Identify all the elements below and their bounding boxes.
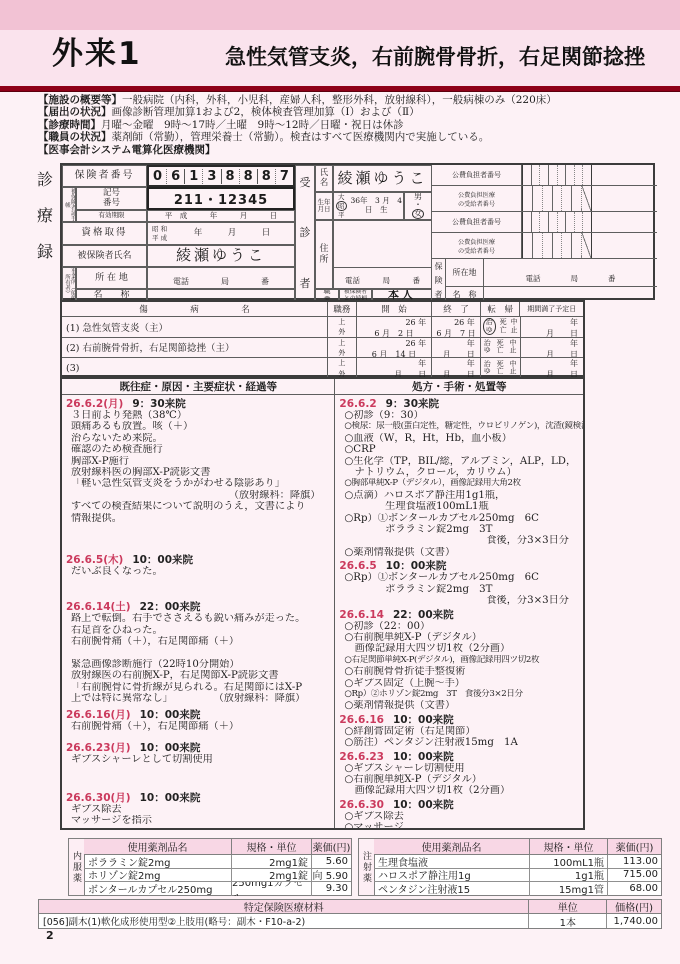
kohi-cell xyxy=(571,233,581,258)
kohi-payer-row-2: 公費負担者番号 xyxy=(432,212,657,233)
note-label: 【届出の状況】 xyxy=(38,106,112,118)
digit: 6 xyxy=(166,169,184,184)
material-title: 特定保険医療材料 xyxy=(39,900,529,913)
kohi-slash-cell xyxy=(581,233,591,258)
duty-outer: 外 xyxy=(338,327,345,337)
kohi-cell xyxy=(548,165,557,185)
patient-name-label: 氏 名 xyxy=(315,165,333,192)
record-line: 放射線科医の胸部X-P読影文書 xyxy=(62,467,334,478)
workplace-address-label: 所 在 地 xyxy=(76,267,147,289)
facility-notes: 【施設の概要等】一般病院（内科，外科，小児科，産婦人科，整形外科，放射線科），一… xyxy=(38,94,663,156)
insurer-side-char: 保 xyxy=(435,261,443,272)
drug-row: ホリゾン錠2mg 2mg1錠 向 5.90 xyxy=(84,869,351,883)
record-line: ○ギプスシャーレ切割使用 xyxy=(335,763,583,774)
kohi-cell xyxy=(565,165,574,185)
record-time: 10：00来院 xyxy=(132,554,193,566)
banner-top-strip xyxy=(0,0,680,30)
validity-value: 平 成 年 月 日 xyxy=(147,210,295,222)
record-date: 26.6.5(木) xyxy=(66,554,123,566)
record-line: 画像記録用大四ツ切1枚（2分画） xyxy=(335,643,583,654)
outcome-cure: 治ゆ xyxy=(484,340,491,355)
drug-price: 715.00 xyxy=(608,869,661,882)
record-time: 10：00来院 xyxy=(140,709,201,721)
karte-side-char: 録 xyxy=(36,239,54,262)
record-line: ○CRP xyxy=(335,444,583,455)
kohi-payer-label: 公費負担者番号 xyxy=(432,212,522,232)
drug-price: 5.60 xyxy=(312,855,351,868)
disease-outcome: 治ゆ 死亡 中止 xyxy=(481,317,521,337)
expiry-year: 年 xyxy=(521,338,584,349)
digit: 7 xyxy=(275,169,293,184)
injection-rows: 生理食塩液 100mL1瓶 113.00 ハロスポア静注用1g 1g1瓶 715… xyxy=(374,855,661,896)
disease-duty: 上外 xyxy=(328,317,357,337)
facility-note-line: 【医事会計システム電算化医療機関】 xyxy=(38,144,663,156)
outcome-death: 死亡 xyxy=(497,340,504,355)
record-date: 26.6.2(月) xyxy=(66,398,123,410)
outcome-char: ゆ xyxy=(484,347,491,354)
note-text: 月曜～金曜 9時～17時／土曜 9時～12時／日曜・祝日は休診 xyxy=(101,119,404,131)
kohi-filler xyxy=(592,212,657,232)
record-entry-lines: ギプス除去マッサージを指示 xyxy=(62,804,334,827)
record-line: ○生化学（TP，BIL/総，アルブミン，ALP，LD， xyxy=(335,456,583,467)
record-entry-date-line: 26.6.14(土)22：00来院 xyxy=(62,601,334,613)
kohi-cell xyxy=(582,165,591,185)
karte-document-page: 外来1 急性気管支炎，右前腕骨骨折，右足関節捻挫 【施設の概要等】一般病院（内科… xyxy=(0,0,680,964)
digit: 8 xyxy=(257,169,275,184)
disease-expiry: 年月 日 xyxy=(521,338,584,358)
insurance-form: 保険者番号 0 6 1 3 8 8 8 7 被保険者証手帳 記号 番号 211・… xyxy=(60,163,655,300)
kohi-payer-cells xyxy=(522,165,592,185)
drug-name: ホリゾン錠2mg xyxy=(84,869,232,882)
start-month-day: 6 月 2 日 xyxy=(357,328,431,337)
digit: 8 xyxy=(239,169,257,184)
kohi-cell xyxy=(523,165,531,185)
page-number: 2 xyxy=(46,929,54,942)
era-heisei: 平 成 xyxy=(152,234,167,242)
oral-table-body: 使用薬剤品名 規格・単位 薬価(円) ポララミン錠2mg 2mg1錠 5.60 … xyxy=(84,839,351,895)
end-year: 年 xyxy=(432,358,480,369)
outcome-cure: 治ゆ xyxy=(484,361,491,376)
validity-label: 有効期限 xyxy=(76,210,147,222)
record-line: 緊急画像診断施行（22時10分開始） xyxy=(62,659,334,670)
birthdate-label: 生年 月日 xyxy=(315,192,333,220)
expiry-month-day: 月 日 xyxy=(521,328,584,337)
disease-start: 26 年6 月 14 日 xyxy=(357,338,432,358)
column-header-name: 使用薬剤品名 xyxy=(374,839,530,854)
end-month-day: 6 月 7 日 xyxy=(432,328,480,337)
kohi-cell xyxy=(552,233,562,258)
injection-side-label: 注射薬 xyxy=(359,839,375,895)
record-body: 26.6.2(月)9：30来院 ３日前より発熱（38℃）頭痛あるも放置。咳（＋）… xyxy=(62,395,583,828)
record-line: ３日前より発熱（38℃） xyxy=(62,410,334,421)
drug-name: ハロスポア静注用1g xyxy=(374,869,530,882)
kohi-cell xyxy=(565,212,574,232)
disease-header-outcome: 転 帰 xyxy=(481,302,521,316)
workplace-address-value: 電話 局 番 xyxy=(147,267,295,289)
expiry-year: 年 xyxy=(521,317,584,328)
record-line: すべての検査結果について説明のうえ，文書により xyxy=(62,501,334,512)
record-time: 10：00来院 xyxy=(393,714,454,726)
kohi-cell xyxy=(523,186,532,211)
record-time: 10：00来院 xyxy=(393,799,454,811)
disease-name: (1) 急性気管支炎（主） xyxy=(62,317,328,337)
insured-name-label: 被保険者氏名 xyxy=(62,245,147,267)
end-month-day: 月 日 xyxy=(432,349,480,358)
kohi-recipient-cells xyxy=(522,233,592,258)
patient-name-value: 綾瀬ゆうこ xyxy=(333,165,432,192)
disease-header-expiry: 期間満了予定日 xyxy=(520,302,583,316)
facility-note-line: 【施設の概要等】一般病院（内科，外科，小児科，産婦人科，整形外科，放射線科），一… xyxy=(38,94,663,106)
outcome-char: 亡 xyxy=(497,368,504,375)
record-time: 22：00来院 xyxy=(140,601,201,613)
record-line: だいぶ良くなった。 xyxy=(62,566,334,577)
digit: 0 xyxy=(149,169,166,184)
disease-header-end: 終 了 xyxy=(432,302,481,316)
record-entry-date-line: 26.6.2(月)9：30来院 xyxy=(62,398,334,410)
record-line: ○マッサージ xyxy=(335,822,583,828)
disease-table-header: 傷 病 名 職務 開 始 終 了 転 帰 期間満了予定日 xyxy=(62,302,583,317)
kohi-cell xyxy=(582,212,591,232)
record-time: 9：30来院 xyxy=(386,398,439,410)
insurer-address-row: 所在地 電話 局 番 xyxy=(446,259,657,287)
era-heisei: 平 xyxy=(336,211,347,219)
record-entry: 26.6.1422：00来院 ○初診（22：00）○右前腕単純X-P（デジタル）… xyxy=(335,609,583,712)
record-right-header: 処方・手術・処置等 xyxy=(335,379,583,394)
disease-name: (2) 右前腕骨骨折，右足関節捻挫（主） xyxy=(62,338,328,358)
kohi-filler xyxy=(592,233,657,258)
record-time: 10：00来院 xyxy=(386,560,447,572)
kohi-recipient-row-2: 公費負担医療 の受給者番号 xyxy=(432,233,657,259)
column-header-price: 薬価(円) xyxy=(312,839,351,854)
duty-upper: 上 xyxy=(338,338,345,348)
insurer-address-value: 電話 局 番 xyxy=(484,259,657,286)
era-taisho: 大 xyxy=(336,193,347,201)
record-line: 頭痛あるも放置。咳（＋） xyxy=(62,421,334,432)
material-row: [056]副木(1)軟化成形使用型②上肢用(略号：副木・F10-a-2) 1本 … xyxy=(39,914,661,928)
record-entry: 26.6.2310：00来院 ○ギプスシャーレ切割使用○右前腕単純X-P（デジタ… xyxy=(335,751,583,797)
case-title: 急性気管支炎，右前腕骨骨折，右足関節捻挫 xyxy=(205,41,665,71)
outcome-stop: 中止 xyxy=(510,340,517,355)
disease-outcome: 治ゆ 死亡 中止 xyxy=(481,338,521,358)
column-header-price: 薬価(円) xyxy=(608,839,661,854)
insurer-rows: 所在地 電話 局 番 名 称 xyxy=(446,259,657,302)
record-line xyxy=(62,648,334,659)
record-line: 画像記録用大四ツ切1枚（2分画） xyxy=(335,785,583,796)
kohi-insurer-block: 公費負担者番号 公費負担医療 の受給者番号 公費負担者番号 公費負担医療 の受給… xyxy=(432,165,657,302)
kohi-recipient-row-1: 公費負担医療 の受給者番号 xyxy=(432,186,657,212)
symbol-number-value: 211・12345 xyxy=(147,187,295,210)
kohi-filler xyxy=(592,186,657,211)
outcome-char: 亡 xyxy=(500,327,507,334)
qualification-label: 資格取得 xyxy=(62,222,147,245)
record-date: 26.6.16 xyxy=(339,714,384,726)
oral-side-label: 内服薬 xyxy=(69,839,85,895)
record-entry-lines: 路上で転倒。右手でささえるも鋭い痛みが走った。右足首をひねった。右前腕骨痛（＋）… xyxy=(62,613,334,704)
record-entry-date-line: 26.6.1610：00来院 xyxy=(335,714,583,726)
record-line: 右足首をひねった。 xyxy=(62,625,334,636)
kohi-payer-row-1: 公費負担者番号 xyxy=(432,165,657,186)
era-showa: 昭 和 xyxy=(152,225,167,233)
record-line: ポララミン錠2mg 3T xyxy=(335,524,583,535)
record-entry: 26.6.16(月)10：00来院 右前腕骨痛（＋），右足関節痛（＋） xyxy=(62,709,334,732)
disease-header-duty: 職務 xyxy=(328,302,357,316)
outcome-char: ゆ xyxy=(486,327,493,334)
qualification-eras: 昭 和 平 成 xyxy=(152,225,167,241)
record-entry-date-line: 26.6.23(月)10：00来院 xyxy=(62,742,334,754)
record-date: 26.6.23 xyxy=(339,751,384,763)
disease-end: 年月 日 xyxy=(432,358,481,379)
record-line: ○Rp）①ボンタールカプセル250mg 6C xyxy=(335,572,583,583)
kohi-cell xyxy=(523,212,531,232)
outcome-death: 死亡 xyxy=(497,361,504,376)
record-entry: 26.6.510：00来院 ○Rp）①ボンタールカプセル250mg 6C ポララ… xyxy=(335,560,583,606)
banner-rule xyxy=(0,86,680,92)
record-left-header: 既往症・原因・主要症状・経過等 xyxy=(62,379,335,394)
kohi-cell xyxy=(574,165,583,185)
kohi-cell xyxy=(532,186,542,211)
kohi-cell xyxy=(557,212,566,232)
record-line: ○点滴）ハロスポア静注用1g1瓶， xyxy=(335,490,583,501)
kohi-slash-cell xyxy=(581,186,591,211)
material-table-header: 特定保険医療材料 単位 価格(円) xyxy=(39,900,661,914)
record-entry: 26.6.1610：00来院 ○絆創膏固定術（右足関節）○筋注）ペンタジン注射液… xyxy=(335,714,583,749)
sex-options: 男 ・ 女 xyxy=(412,193,424,219)
record-entry-lines: ○Rp）①ボンタールカプセル250mg 6C ポララミン錠2mg 3T食後，分3… xyxy=(335,572,583,606)
disease-duty: 上外 xyxy=(328,338,357,358)
disease-header-name: 傷 病 名 xyxy=(62,302,328,316)
facility-note-line: 【診療時間】月曜～金曜 9時～17時／土曜 9時～12時／日曜・祝日は休診 xyxy=(38,119,663,131)
patient-address-phone: 電話 局 番 xyxy=(333,267,432,289)
material-price: 1,740.00 xyxy=(607,914,661,928)
patient-address-chars: 住 所 xyxy=(319,221,328,288)
insurer-number-label: 保険者番号 xyxy=(62,165,147,187)
kohi-cell xyxy=(557,165,566,185)
disease-row-3: (3) 上外 年月 日 年月 日 治ゆ 死亡 中止 年月 日 xyxy=(62,358,583,379)
disease-start: 26 年6 月 2 日 xyxy=(357,317,432,337)
kohi-cell xyxy=(571,186,581,211)
cert-tiny-label: 被保険者証手帳 xyxy=(62,187,76,222)
record-line: 「右前腕骨に骨折線が見られる。右足関節にはX-P xyxy=(62,682,334,693)
patient-side-chars: 受 診 者 xyxy=(300,166,311,301)
record-line: ○Rp）①ボンタールカプセル250mg 6C xyxy=(335,513,583,524)
record-line: ポララミン錠2mg 3T xyxy=(335,584,583,595)
record-line: ○ギプス固定（上腕～手） xyxy=(335,678,583,689)
drug-spec: 2mg1錠 xyxy=(232,869,312,882)
outcome-char: 止 xyxy=(511,327,518,334)
record-line: ○薬剤情報提供（文書） xyxy=(335,700,583,711)
insurer-address-label: 所在地 xyxy=(446,259,484,286)
record-line: 上では特に異常なし」 （放射線科：降旗） xyxy=(62,693,334,704)
disease-outcome: 治ゆ 死亡 中止 xyxy=(481,358,521,379)
outcome-stop: 中止 xyxy=(511,319,518,334)
record-entry: 26.6.30(月)10：00来院 ギプス除去マッサージを指示 xyxy=(62,792,334,827)
record-entry-date-line: 26.6.5(木)10：00来院 xyxy=(62,554,334,566)
drug-spec: 100mL1瓶 xyxy=(530,855,608,868)
drug-name: ペンタジン注射液15 xyxy=(374,882,530,896)
drug-row: ボンタールカプセル250mg 250mg1カプセル 9.30 xyxy=(84,882,351,896)
record-left-column: 26.6.2(月)9：30来院 ３日前より発熱（38℃）頭痛あるも放置。咳（＋）… xyxy=(62,395,335,828)
insurer-number-digits: 0 6 1 3 8 8 8 7 xyxy=(147,165,295,187)
era-showa-circled: 昭 xyxy=(336,201,347,211)
record-entry-date-line: 26.6.16(月)10：00来院 xyxy=(62,709,334,721)
record-line: ○血液（W，R，Ht，Hb，血小板） xyxy=(335,433,583,444)
record-entry: 26.6.2(月)9：30来院 ３日前より発熱（38℃）頭痛あるも放置。咳（＋）… xyxy=(62,398,334,524)
insurer-side-char: 険 xyxy=(435,275,443,286)
record-line: 情報提供。 xyxy=(62,513,334,524)
kohi-cell xyxy=(542,186,552,211)
note-label: 【医事会計システム電算化医療機関】 xyxy=(38,144,215,156)
sex-separator: ・ xyxy=(414,201,422,209)
disease-end: 年月 日 xyxy=(432,338,481,358)
duty-outer: 外 xyxy=(338,348,345,358)
qualification-value: 昭 和 平 成 年 月 日 xyxy=(147,222,295,245)
digit: 1 xyxy=(184,169,202,184)
digit: 3 xyxy=(202,169,220,184)
record-time: 10：00来院 xyxy=(140,792,201,804)
patient-side-char: 診 xyxy=(300,227,311,240)
record-line: 「軽い急性気管支炎をうかがわせる陰影あり」 xyxy=(62,478,334,489)
outcome-char: 止 xyxy=(510,368,517,375)
record-line: ○右足関節単純X-P(デジタル)，画像記録用四ツ切2枚 xyxy=(335,655,583,666)
record-line: ○初診（9：30） xyxy=(335,410,583,421)
record-line: ○胸部単純X-P（デジタル），画像記録用大角2枚 xyxy=(335,478,583,489)
kohi-cell xyxy=(548,212,557,232)
drug-spec: 2mg1錠 xyxy=(232,855,312,868)
disease-row-2: (2) 右前腕骨骨折，右足関節捻挫（主） 上外 26 年6 月 14 日 年月 … xyxy=(62,338,583,359)
birth-era-list: 大 昭 平 xyxy=(336,193,347,219)
record-entry-date-line: 26.6.2310：00来院 xyxy=(335,751,583,763)
record-line: 食後，分3×3日分 xyxy=(335,595,583,606)
injection-table-body: 使用薬剤品名 規格・単位 薬価(円) 生理食塩液 100mL1瓶 113.00 … xyxy=(374,839,661,895)
expiry-month-day: 月 日 xyxy=(521,349,584,358)
record-date: 26.6.5 xyxy=(339,560,376,572)
digit: 8 xyxy=(221,169,239,184)
workplace-tiny-text: 事業所（船舶所有者） xyxy=(63,268,75,301)
drug-price: 向 5.90 xyxy=(312,869,351,882)
record-date: 26.6.14 xyxy=(339,609,384,621)
karte-side-char: 診 xyxy=(36,167,54,190)
record-entry-date-line: 26.6.1422：00来院 xyxy=(335,609,583,621)
outcome-stop: 中止 xyxy=(510,361,517,376)
kohi-cell xyxy=(561,233,571,258)
record-entry-lines: ○初診（22：00）○右前腕単純X-P（デジタル） 画像記録用大四ツ切1枚（2分… xyxy=(335,621,583,712)
record-entry: 26.6.23(月)10：00来院 ギプスシャーレとして切割使用 xyxy=(62,742,334,765)
record-entry: 26.6.3010：00来院 ○ギプス除去○マッサージ xyxy=(335,799,583,828)
drug-spec: 1g1瓶 xyxy=(530,869,608,882)
sex-cell: 男 ・ 女 xyxy=(404,192,432,220)
record-entry-lines: ３日前より発熱（38℃）頭痛あるも放置。咳（＋）治らないため来院。確認のため検査… xyxy=(62,410,334,524)
drug-price: 9.30 xyxy=(312,882,351,896)
record-entry-lines: ○ギプスシャーレ切割使用○右前腕単純X-P（デジタル） 画像記録用大四ツ切1枚（… xyxy=(335,763,583,797)
record-line: 確認のため検査施行 xyxy=(62,444,334,455)
note-label: 【診療時間】 xyxy=(38,119,101,131)
insurer-block: 保 険 者 所在地 電話 局 番 名 称 xyxy=(432,259,657,302)
disease-expiry: 年月 日 xyxy=(521,358,584,379)
injection-table-header: 使用薬剤品名 規格・単位 薬価(円) xyxy=(374,839,661,855)
kohi-cell xyxy=(539,212,548,232)
record-section: 既往症・原因・主要症状・経過等 処方・手術・処置等 26.6.2(月)9：30来… xyxy=(60,377,585,830)
column-header-spec: 規格・単位 xyxy=(232,839,312,854)
karte-side-label: 診 療 録 xyxy=(36,167,54,262)
disease-start: 年月 日 xyxy=(357,358,432,379)
start-year: 年 xyxy=(357,358,431,369)
kohi-cell xyxy=(539,165,548,185)
drug-name: 生理食塩液 xyxy=(374,855,530,868)
insurer-side-label: 保 険 者 xyxy=(432,259,446,302)
record-entry-lines: だいぶ良くなった。 xyxy=(62,566,334,577)
patient-side-char: 受 xyxy=(300,177,311,190)
outcome-char: 止 xyxy=(510,347,517,354)
start-year: 26 年 xyxy=(357,317,431,328)
oral-rows: ポララミン錠2mg 2mg1錠 5.60 ホリゾン錠2mg 2mg1錠 向 5.… xyxy=(84,855,351,896)
record-time: 9：30来院 xyxy=(132,398,185,410)
record-entry-date-line: 26.6.510：00来院 xyxy=(335,560,583,572)
material-price-header: 価格(円) xyxy=(607,900,661,913)
duty-upper: 上 xyxy=(338,358,345,368)
oral-table-header: 使用薬剤品名 規格・単位 薬価(円) xyxy=(84,839,351,855)
record-line: 食後，分3×3日分 xyxy=(335,535,583,546)
drug-name: ボンタールカプセル250mg xyxy=(84,882,232,896)
record-line: ○右前腕単純X-P（デジタル） xyxy=(335,774,583,785)
kohi-payer-cells xyxy=(522,212,592,232)
outcome-cure-circled: 治ゆ xyxy=(483,318,496,335)
karte-side-char: 療 xyxy=(36,203,54,226)
record-line: ○絆創膏固定術（右足関節） xyxy=(335,726,583,737)
record-entry-date-line: 26.6.3010：00来院 xyxy=(335,799,583,811)
disease-expiry: 年月 日 xyxy=(521,317,584,337)
record-entry: 26.6.29：30来院 ○初診（9：30）○検尿：尿一般(蛋白定性，糖定性，ウ… xyxy=(335,398,583,558)
record-line: （放射線科：降旗） xyxy=(62,490,334,501)
column-header-spec: 規格・単位 xyxy=(530,839,608,854)
start-month-day: 6 月 14 日 xyxy=(357,349,431,358)
kohi-cell xyxy=(523,233,532,258)
facility-note-line: 【職員の状況】薬剤師（常勤），管理栄養士（常勤）。検査はすべて医療機関内で実施し… xyxy=(38,131,663,143)
disease-end: 26 年6 月 7 日 xyxy=(432,317,481,337)
kohi-cell xyxy=(561,186,571,211)
kohi-cell xyxy=(542,233,552,258)
record-date: 26.6.23(月) xyxy=(66,742,131,754)
record-line: ○右前腕骨骨折徒手整復術 xyxy=(335,666,583,677)
duty-upper: 上 xyxy=(338,317,345,327)
material-unit-header: 単位 xyxy=(529,900,607,913)
column-header-name: 使用薬剤品名 xyxy=(84,839,232,854)
drug-spec: 250mg1カプセル xyxy=(232,882,312,896)
disease-header-start: 開 始 xyxy=(357,302,432,316)
drug-row: 生理食塩液 100mL1瓶 113.00 xyxy=(374,855,661,869)
note-label: 【施設の概要等】 xyxy=(38,94,122,106)
record-entry-lines: ○ギプス除去○マッサージ xyxy=(335,811,583,828)
disease-row-1: (1) 急性気管支炎（主） 上外 26 年6 月 2 日 26 年6 月 7 日… xyxy=(62,317,583,338)
kohi-filler xyxy=(592,165,657,185)
record-date: 26.6.30 xyxy=(339,799,384,811)
record-line: ○Rp）②ホリゾン錠2mg 3T 食後分3×2日分 xyxy=(335,689,583,700)
kohi-recipient-label: 公費負担医療 の受給者番号 xyxy=(432,233,522,258)
record-entry-date-line: 26.6.30(月)10：00来院 xyxy=(62,792,334,804)
record-entry-lines: ○絆創膏固定術（右足関節）○筋注）ペンタジン注射液15mg 1A xyxy=(335,726,583,749)
symbol-number-label: 記号 番号 xyxy=(76,187,147,210)
workplace-tiny-label: 事業所（船舶所有者） xyxy=(62,267,76,302)
drug-row: ポララミン錠2mg 2mg1錠 5.60 xyxy=(84,855,351,869)
record-line: 路上で転倒。右手でささえるも鋭い痛みが走った。 xyxy=(62,613,334,624)
record-date: 26.6.14(土) xyxy=(66,601,131,613)
record-line: ギプス除去 xyxy=(62,804,334,815)
start-year: 26 年 xyxy=(357,338,431,349)
record-line: ○検尿：尿一般(蛋白定性，糖定性，ウロビリノゲン)，沈渣(鏡検法) xyxy=(335,421,583,432)
note-text: 一般病院（内科，外科，小児科，産婦人科，整形外科，放射線科），一般病棟のみ（22… xyxy=(122,94,557,106)
record-time: 10：00来院 xyxy=(393,751,454,763)
kohi-cell xyxy=(531,212,540,232)
note-label: 【職員の状況】 xyxy=(38,131,112,143)
